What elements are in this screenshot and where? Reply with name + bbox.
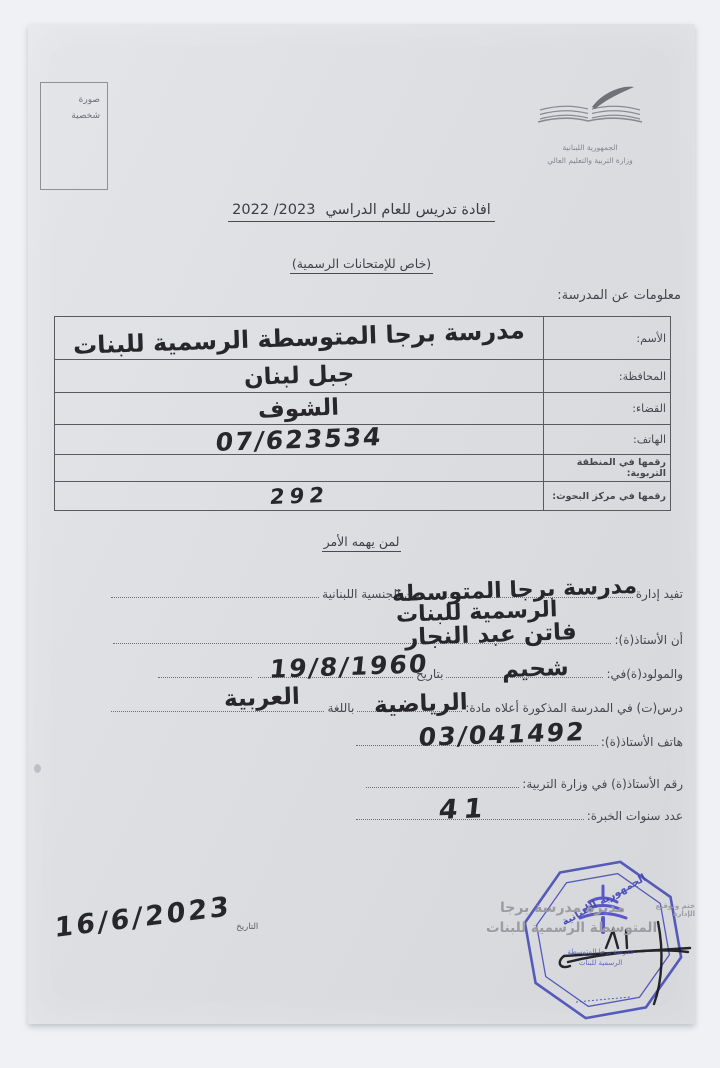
line4-prefix: درس(ت) في المدرسة المذكورة أعلاه مادة: — [465, 702, 683, 716]
school-name-handwriting: مدرسة برجا المتوسطة الرسمية للبنات — [73, 316, 526, 360]
school-info-table: الأسم: مدرسة برجا المتوسطة الرسمية للبنا… — [54, 316, 671, 511]
line1-prefix: تفيد إدارة — [636, 588, 683, 602]
form-title: افادة تدريس للعام الدراسي 2022 /2023 — [228, 202, 495, 222]
dotted-field: 41 — [356, 819, 584, 820]
row-label: القضاء: — [544, 393, 671, 425]
birthplace-handwriting: شحيم — [501, 655, 568, 683]
row-label: الأسم: — [544, 317, 671, 360]
language-handwriting: العربية — [223, 684, 300, 713]
research-center-number-handwriting: 292 — [268, 483, 330, 509]
stamp-grey-line1: مديرة مدرسة برجا — [500, 900, 625, 916]
stamp-inner-line2: الرسمية للبنات — [508, 959, 693, 967]
table-row: رقمها في المنطقة التربوية: — [55, 455, 671, 482]
letter-line-4: درس(ت) في المدرسة المذكورة أعلاه مادة: ا… — [108, 690, 683, 716]
letter-line-3: والمولود(ة)في: شحيم بتاريخ 19/8/1960 — [155, 656, 683, 682]
dotted-field — [111, 597, 319, 598]
dotted-field — [158, 677, 252, 678]
school-phone-handwriting: 07/623534 — [214, 422, 384, 457]
teacher-phone-handwriting: 03/041492 — [417, 717, 587, 752]
district-handwriting: الشوف — [258, 394, 340, 423]
row-label: المحافظة: — [544, 360, 671, 393]
table-row: المحافظة: جبل لبنان — [55, 360, 671, 393]
letter-line-6: رقم الأستاذ(ة) في وزارة التربية: — [363, 766, 683, 792]
official-stamp: الجمهورية اللبنانية مدرسة برجا المتوسطة … — [508, 852, 693, 1027]
row-label: رقمها في المنطقة التربوية: — [544, 455, 671, 482]
line2-prefix: أن الأستاذ(ة): — [614, 634, 683, 648]
dotted-field: الرياضية — [357, 711, 462, 712]
letter-line-5: هاتف الأستاذ(ة): 03/041492 — [353, 724, 683, 750]
table-row: الأسم: مدرسة برجا المتوسطة الرسمية للبنا… — [55, 317, 671, 360]
line6-prefix: رقم الأستاذ(ة) في وزارة التربية: — [522, 778, 683, 792]
dotted-field: 03/041492 — [356, 745, 598, 746]
table-row: الهاتف: 07/623534 — [55, 425, 671, 455]
date-block: 16/6/2023 التاريخ — [54, 902, 258, 933]
line3-prefix: والمولود(ة)في: — [606, 668, 683, 682]
line5-prefix: هاتف الأستاذ(ة): — [601, 736, 683, 750]
letter-line-7: عدد سنوات الخبرة: 41 — [353, 798, 683, 824]
dotted-field: العربية — [111, 711, 324, 712]
form-subtitle: (خاص للإمتحانات الرسمية) — [290, 256, 433, 274]
ministry-name-line2: وزارة التربية والتعليم العالي — [505, 155, 675, 168]
line4-mid: باللغة — [327, 702, 354, 716]
years-experience-handwriting: 41 — [437, 793, 490, 826]
dotted-field — [366, 787, 519, 788]
stamp-inner-line1: مدرسة برجا المتوسطة — [508, 948, 693, 956]
document-page: صورة شخصية الجمهورية اللبنانية وزارة الت… — [28, 24, 695, 1024]
screenshot-root: { "photo_box": {"line1": "صورة", "line2"… — [0, 0, 720, 1068]
date-label: التاريخ — [236, 922, 258, 932]
photo-placeholder-label: صورة شخصية — [71, 92, 100, 124]
dotted-field: شحيم — [446, 677, 603, 678]
row-label: الهاتف: — [544, 425, 671, 455]
table-row: القضاء: الشوف — [55, 393, 671, 425]
dotted-field: 19/8/1960 — [258, 677, 413, 678]
governorate-handwriting: جبل لبنان — [243, 361, 354, 391]
stamp-grey-line2: المتوسطة الرسمية للبنات — [486, 920, 657, 936]
form-title-years: 2022 /2023 — [232, 202, 315, 218]
to-whom-heading: لمن يهمه الأمر — [322, 534, 402, 552]
ministry-name-line1: الجمهورية اللبنانية — [505, 142, 675, 155]
open-book-logo-icon — [530, 82, 650, 138]
school-info-heading: معلومات عن المدرسة: — [557, 288, 681, 303]
ministry-logo-block: الجمهورية اللبنانية وزارة التربية والتعل… — [505, 82, 675, 168]
letter-line-1: تفيد إدارة مدرسة برجا المتوسطة من الجنسي… — [108, 576, 683, 602]
date-handwriting: 16/6/2023 — [54, 891, 231, 944]
letter-line-2: أن الأستاذ(ة): فاتن عبد النجار — [110, 622, 683, 648]
subject-handwriting: الرياضية — [373, 689, 468, 718]
dotted-field: فاتن عبد النجار — [113, 643, 611, 644]
photo-placeholder-box: صورة شخصية — [40, 82, 108, 190]
birthdate-handwriting: 19/8/1960 — [268, 649, 430, 683]
row-label: رقمها في مركز البحوث: — [544, 482, 671, 511]
stamp-grey-small-label: ختم وتوقيع الإدارة — [653, 902, 695, 918]
scan-artifact — [34, 764, 41, 773]
table-row: رقمها في مركز البحوث: 292 — [55, 482, 671, 511]
teacher-name-handwriting: فاتن عبد النجار — [404, 619, 577, 651]
line7-prefix: عدد سنوات الخبرة: — [587, 810, 683, 824]
form-title-text: افادة تدريس للعام الدراسي — [325, 202, 490, 218]
